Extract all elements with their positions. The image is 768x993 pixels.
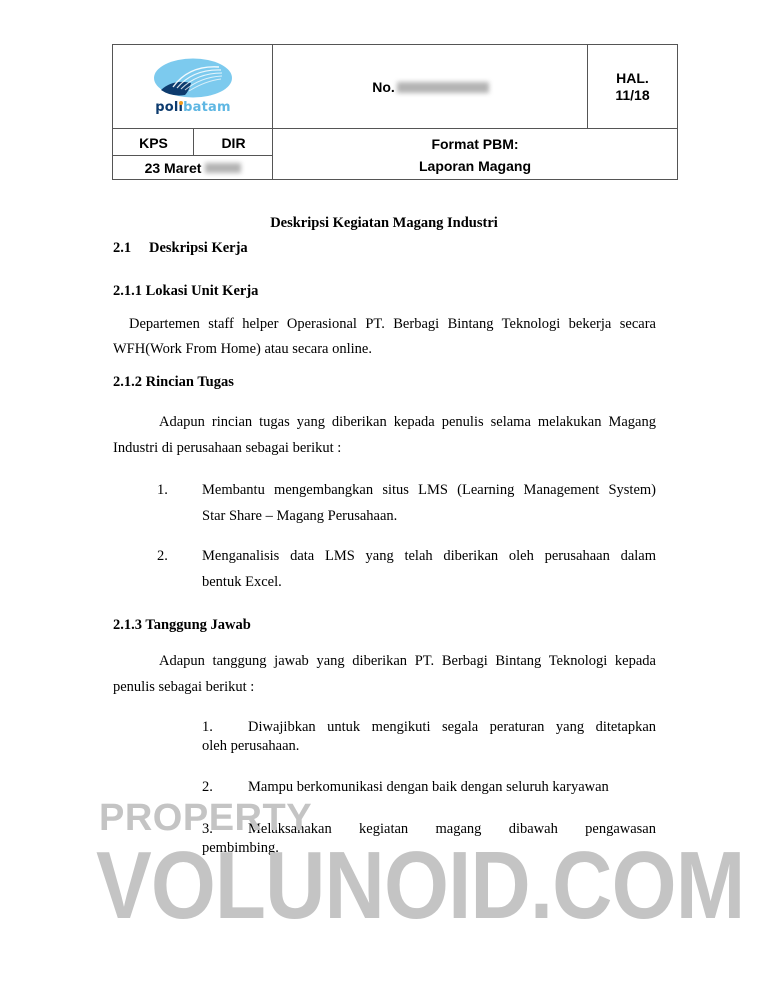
- kps-label: KPS: [139, 135, 168, 151]
- logo-word-batam: batam: [183, 100, 231, 115]
- page-label: HAL.: [616, 70, 649, 87]
- resp-item-2-line1: Mampu berkomunikasi dengan baik dengan s…: [248, 779, 609, 796]
- kps-cell: KPS: [113, 129, 194, 156]
- resp-item-1-line1: Diwajibkan untuk mengikuti segala peratu…: [248, 719, 656, 736]
- page-value: 11/18: [615, 87, 649, 104]
- section-2-1-2-para-line2: Industri di perusahaan sebagai berikut :: [113, 440, 341, 457]
- section-2-1-title: Deskripsi Kerja: [149, 240, 248, 257]
- resp-item-2-number: 2.: [202, 779, 213, 796]
- task-item-1-number: 1.: [157, 482, 168, 499]
- polibatam-logo: polıbatam: [151, 57, 235, 119]
- dir-label: DIR: [221, 135, 245, 151]
- logo-word-poli: polı: [155, 100, 183, 115]
- logo-i-letter: ı: [179, 100, 184, 115]
- format-line2: Laporan Magang: [419, 155, 531, 177]
- logo-cell: polıbatam: [113, 45, 273, 129]
- document-number-cell: No.: [273, 45, 588, 129]
- format-line1: Format PBM:: [431, 133, 518, 155]
- resp-item-1-line2: oleh perusahaan.: [202, 738, 299, 755]
- document-number-label: No.: [372, 79, 395, 95]
- task-item-1-line1: Membantu mengembangkan situs LMS (Learni…: [202, 482, 656, 499]
- task-item-2-number: 2.: [157, 548, 168, 565]
- date-cell: 23 Maret: [113, 156, 273, 180]
- task-item-1-line2: Star Share – Magang Perusahaan.: [202, 508, 397, 525]
- document-number-redacted: [397, 82, 489, 93]
- section-2-1-3-heading: 2.1.3 Tanggung Jawab: [113, 617, 251, 634]
- document-header-table: polıbatam No. HAL. 11/18 KPS DIR 23 Mare…: [112, 44, 678, 180]
- section-2-1-1-heading: 2.1.1 Lokasi Unit Kerja: [113, 283, 258, 300]
- document-title: Deskripsi Kegiatan Magang Industri: [0, 215, 768, 232]
- logo-emblem-icon: [151, 57, 235, 101]
- date-text: 23 Maret: [145, 160, 202, 176]
- resp-item-1-number: 1.: [202, 719, 213, 736]
- date-year-redacted: [205, 163, 241, 173]
- section-2-1-1-para-line1: Departemen staff helper Operasional PT. …: [129, 316, 656, 333]
- watermark-volunoid: VOLUNOID.COM: [96, 838, 744, 934]
- section-2-1-2-heading: 2.1.2 Rincian Tugas: [113, 374, 234, 391]
- section-2-1-2-para-line1: Adapun rincian tugas yang diberikan kepa…: [159, 414, 656, 431]
- logo-orange-dot-icon: [179, 101, 183, 105]
- section-2-1-3-para-line2: penulis sebagai berikut :: [113, 679, 254, 696]
- section-2-1-number: 2.1: [113, 240, 131, 257]
- task-item-2-line1: Menganalisis data LMS yang telah diberik…: [202, 548, 656, 565]
- task-item-2-line2: bentuk Excel.: [202, 574, 282, 591]
- dir-cell: DIR: [194, 129, 273, 156]
- section-2-1-1-para-line2: WFH(Work From Home) atau secara online.: [113, 341, 372, 358]
- logo-wordmark: polıbatam: [151, 100, 235, 115]
- section-2-1-3-para-line1: Adapun tanggung jawab yang diberikan PT.…: [159, 653, 656, 670]
- page-number-cell: HAL. 11/18: [588, 45, 677, 129]
- format-cell: Format PBM: Laporan Magang: [273, 129, 677, 180]
